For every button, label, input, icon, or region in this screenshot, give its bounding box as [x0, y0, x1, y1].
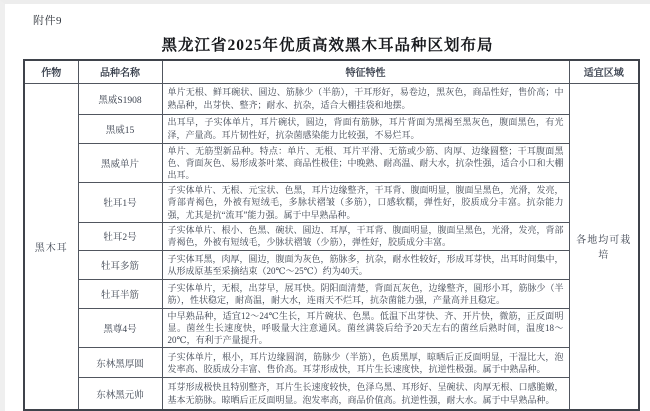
table-row: 牡耳2号子实体单片、根小、色黑、碗状、圆边、耳厚，干耳背、腹面明显，腹面呈黑色，… — [24, 222, 639, 250]
table-body: 黑木耳黑威S1908单片无根、鲜耳碗状、圆边、筋脉少（半筋），干耳形好，易卷边，… — [24, 83, 639, 410]
variety-table: 作物 品种名称 特征特性 适宜区域 黑木耳黑威S1908单片无根、鲜耳碗状、圆边… — [23, 59, 640, 411]
variety-name-cell: 黑尊4号 — [78, 308, 162, 348]
table-row: 牡耳多筋子实体耳黑，肉厚，圆边，腹面为灰色，筋脉多，抗杂，耐水性较好，形成耳芽快… — [24, 250, 639, 279]
traits-cell: 子实体耳黑，肉厚，圆边，腹面为灰色，筋脉多，抗杂，耐水性较好，形成耳芽快，出耳时… — [162, 250, 569, 279]
column-header-traits: 特征特性 — [162, 60, 569, 83]
traits-cell: 中早熟品种，适宜12～24℃生长，耳片碗状、色黑。低温下出芽快、齐、开片快，微筋… — [162, 308, 569, 348]
traits-cell: 子实体单片，无根，出芽早，展耳快。阴阳面清楚，背面瓦灰色，边缘整齐，圆形小耳，筋… — [162, 279, 569, 308]
variety-name-cell: 东林黑元帅 — [78, 378, 162, 410]
column-header-name: 品种名称 — [78, 60, 162, 83]
variety-name-cell: 牡耳2号 — [78, 222, 162, 250]
column-header-region: 适宜区域 — [569, 60, 639, 83]
table-row: 东林黑厚圆子实体单片，根小，耳片边缘圆润，筋脉少（半筋），色质黑厚，晾晒后正反面… — [24, 348, 639, 378]
column-header-crop: 作物 — [24, 60, 78, 83]
table-row: 牡耳半筋子实体单片，无根，出芽早，展耳快。阴阳面清楚，背面瓦灰色，边缘整齐，圆形… — [24, 279, 639, 308]
table-row: 牡耳1号子实体单片、无根、元宝状、色黑，耳片边缘整齐，干耳背、腹面明显，腹面呈黑… — [24, 183, 639, 223]
attachment-label: 附件9 — [33, 12, 62, 28]
table-row: 黑木耳黑威S1908单片无根、鲜耳碗状、圆边、筋脉少（半筋），干耳形好，易卷边，… — [24, 83, 639, 114]
traits-cell: 子实体单片，根小，耳片边缘圆润，筋脉少（半筋），色质黑厚，晾晒后正反面明显，干湿… — [162, 348, 569, 378]
traits-cell: 子实体单片、根小、色黑、碗状、圆边、耳厚，干耳背、腹面明显，腹面呈黑色，光滑，发… — [162, 222, 569, 250]
page-title: 黑龙江省2025年优质高效黑木耳品种区划布局 — [5, 33, 650, 55]
table-row: 黑威15出耳早，子实体单片，耳片碗状，圆边，背面有筋脉，耳片背面为黑褐至黑灰色，… — [24, 114, 639, 143]
traits-cell: 单片无根、鲜耳碗状、圆边、筋脉少（半筋），干耳形好，易卷边，黑灰色，商品性好，售… — [162, 83, 569, 114]
variety-name-cell: 牡耳半筋 — [78, 279, 162, 308]
table-row: 黑尊4号中早熟品种，适宜12～24℃生长，耳片碗状、色黑。低温下出芽快、齐、开片… — [24, 308, 639, 348]
variety-name-cell: 黑威15 — [78, 114, 162, 143]
traits-cell: 耳芽形成极快且特别整齐，耳片生长速度较快，色泽乌黑、耳形好、呈碗状、肉厚无根、口… — [162, 378, 569, 410]
traits-cell: 出耳早，子实体单片，耳片碗状，圆边，背面有筋脉，耳片背面为黑褐至黑灰色，腹面黑色… — [162, 114, 569, 143]
variety-name-cell: 黑威单片 — [78, 143, 162, 183]
variety-name-cell: 牡耳多筋 — [78, 250, 162, 279]
document-page: 附件9 黑龙江省2025年优质高效黑木耳品种区划布局 作物 品种名称 特征特性 … — [0, 0, 650, 411]
variety-name-cell: 牡耳1号 — [78, 183, 162, 223]
table-row: 东林黑元帅耳芽形成极快且特别整齐，耳片生长速度较快，色泽乌黑、耳形好、呈碗状、肉… — [24, 378, 639, 410]
region-cell: 各地均可栽培 — [569, 83, 639, 410]
crop-cell: 黑木耳 — [24, 83, 78, 410]
table-header-row: 作物 品种名称 特征特性 适宜区域 — [24, 60, 639, 83]
variety-name-cell: 黑威S1908 — [78, 83, 162, 114]
traits-cell: 单片、无筋型新品种。特点：单片、无根、耳片平滑、无筋或少筋、肉厚、边缘圆整；干耳… — [162, 143, 569, 183]
table-row: 黑威单片单片、无筋型新品种。特点：单片、无根、耳片平滑、无筋或少筋、肉厚、边缘圆… — [24, 143, 639, 183]
traits-cell: 子实体单片、无根、元宝状、色黑，耳片边缘整齐，干耳背、腹面明显，腹面呈黑色，光滑… — [162, 183, 569, 223]
variety-name-cell: 东林黑厚圆 — [78, 348, 162, 378]
